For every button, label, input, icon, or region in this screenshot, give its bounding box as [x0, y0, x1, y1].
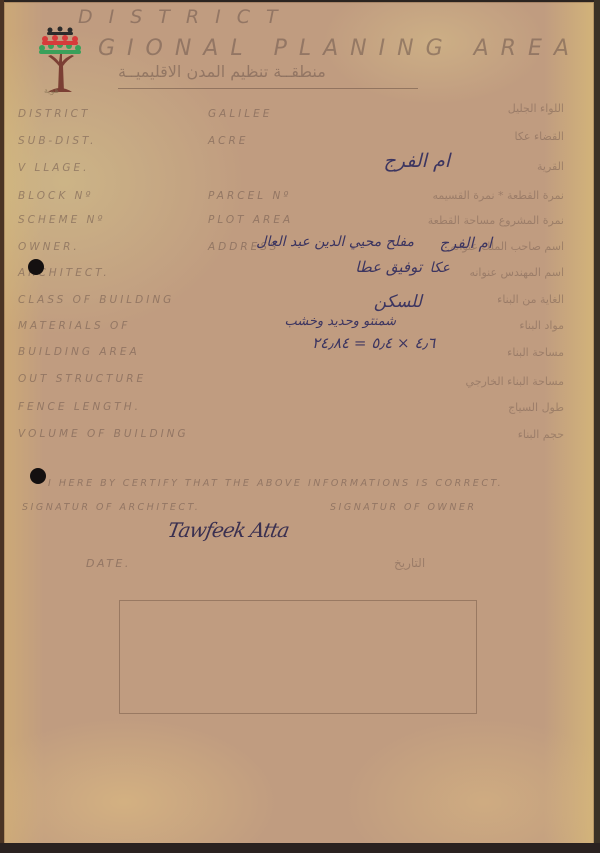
- handwritten-architect-address: عكا: [430, 260, 450, 276]
- handwritten-owner-address: ام الفرج: [439, 234, 492, 252]
- scan-right-edge: [594, 0, 600, 853]
- architect-signature: Tawfeek Atta: [166, 518, 291, 542]
- stamp-box: [119, 600, 477, 714]
- handwritten-village: ام الفرج: [383, 150, 450, 172]
- arabic-label-scheme-plot: نمرة المشروع مساحة القطعة: [428, 214, 564, 227]
- title-underline: [118, 88, 418, 89]
- arabic-label-block-parcel: نمرة القطعة * نمرة القسيمه: [432, 189, 564, 202]
- handwritten-owner: مفلح محيي الدين عبد العال: [256, 234, 414, 250]
- handwritten-materials: شمنتو وحديد وخشب: [285, 314, 397, 329]
- scan-bottom-edge: [0, 843, 600, 853]
- handwritten-architect: توفيق عطا: [355, 258, 422, 276]
- label-sub-district: SUB-DIST.: [18, 135, 97, 147]
- arabic-label-out-structure: مساحة البناء الخارجي: [466, 375, 564, 388]
- punch-hole-top: [28, 259, 44, 275]
- arabic-label-village: القرية: [537, 160, 564, 173]
- arabic-label-materials: مواد البناء: [519, 319, 564, 332]
- owner-signature-label: SIGNATUR OF OWNER: [330, 502, 477, 513]
- label-fence-length: FENCE LENGTH.: [18, 401, 141, 413]
- date-label-arabic: التاريخ: [394, 556, 425, 570]
- label-building-area: BUILDING AREA: [18, 346, 140, 358]
- label-owner: OWNER.: [18, 241, 80, 253]
- arabic-label-purpose: الغاية من البناء: [497, 293, 564, 306]
- value-sub-district-acre: ACRE: [208, 135, 248, 147]
- arabic-label-volume: حجم البناء: [518, 428, 564, 441]
- handwritten-building-area: ٤٫٦ × ٥٫٤ = ٢٤٫٨٤: [312, 334, 435, 352]
- arabic-label-sub-district: القضاء عكا: [514, 130, 564, 143]
- tree-with-people-logo: [36, 26, 84, 94]
- label-block-no: BLOCK Nº: [18, 190, 93, 202]
- value-district-galilee: GALILEE: [208, 108, 272, 120]
- architect-signature-label: SIGNATUR OF ARCHITECT.: [22, 502, 200, 513]
- arabic-label-building-area: مساحة البناء: [507, 346, 564, 359]
- label-scheme-no: SCHEME Nº: [18, 214, 105, 226]
- form-title-line2: GIONAL PLANING AREA: [98, 36, 581, 61]
- form-title-line1: DISTRICT: [78, 6, 294, 28]
- label-materials-of: MATERIALS OF: [18, 320, 130, 332]
- arabic-label-fence-length: طول السياج: [508, 401, 564, 414]
- certification-statement: I HERE BY CERTIFY THAT THE ABOVE INFORMA…: [48, 478, 503, 489]
- label-parcel-no: PARCEL Nº: [208, 190, 291, 202]
- form-title-arabic: منطقــة تنظيم المدن الاقليميــة: [118, 62, 326, 81]
- date-label: DATE.: [86, 557, 131, 570]
- form-sheet: [4, 2, 594, 844]
- arabic-label-district: اللواء الجليل: [508, 102, 564, 115]
- punch-hole-bottom: [30, 468, 46, 484]
- label-volume-of-building: VOLUME OF BUILDING: [18, 428, 189, 440]
- label-plot-area: PLOT AREA: [208, 214, 293, 226]
- arabic-label-architect: اسم المهندس عنوانه: [469, 266, 564, 279]
- label-village: V LLAGE.: [18, 162, 90, 174]
- handwritten-purpose: للسكن: [374, 292, 422, 312]
- label-out-structure: OUT STRUCTURE: [18, 373, 146, 385]
- label-class-of-building: CLASS OF BUILDING: [18, 294, 174, 306]
- label-district: DISTRICT: [18, 108, 90, 120]
- logo-caption: هوية: [44, 86, 59, 95]
